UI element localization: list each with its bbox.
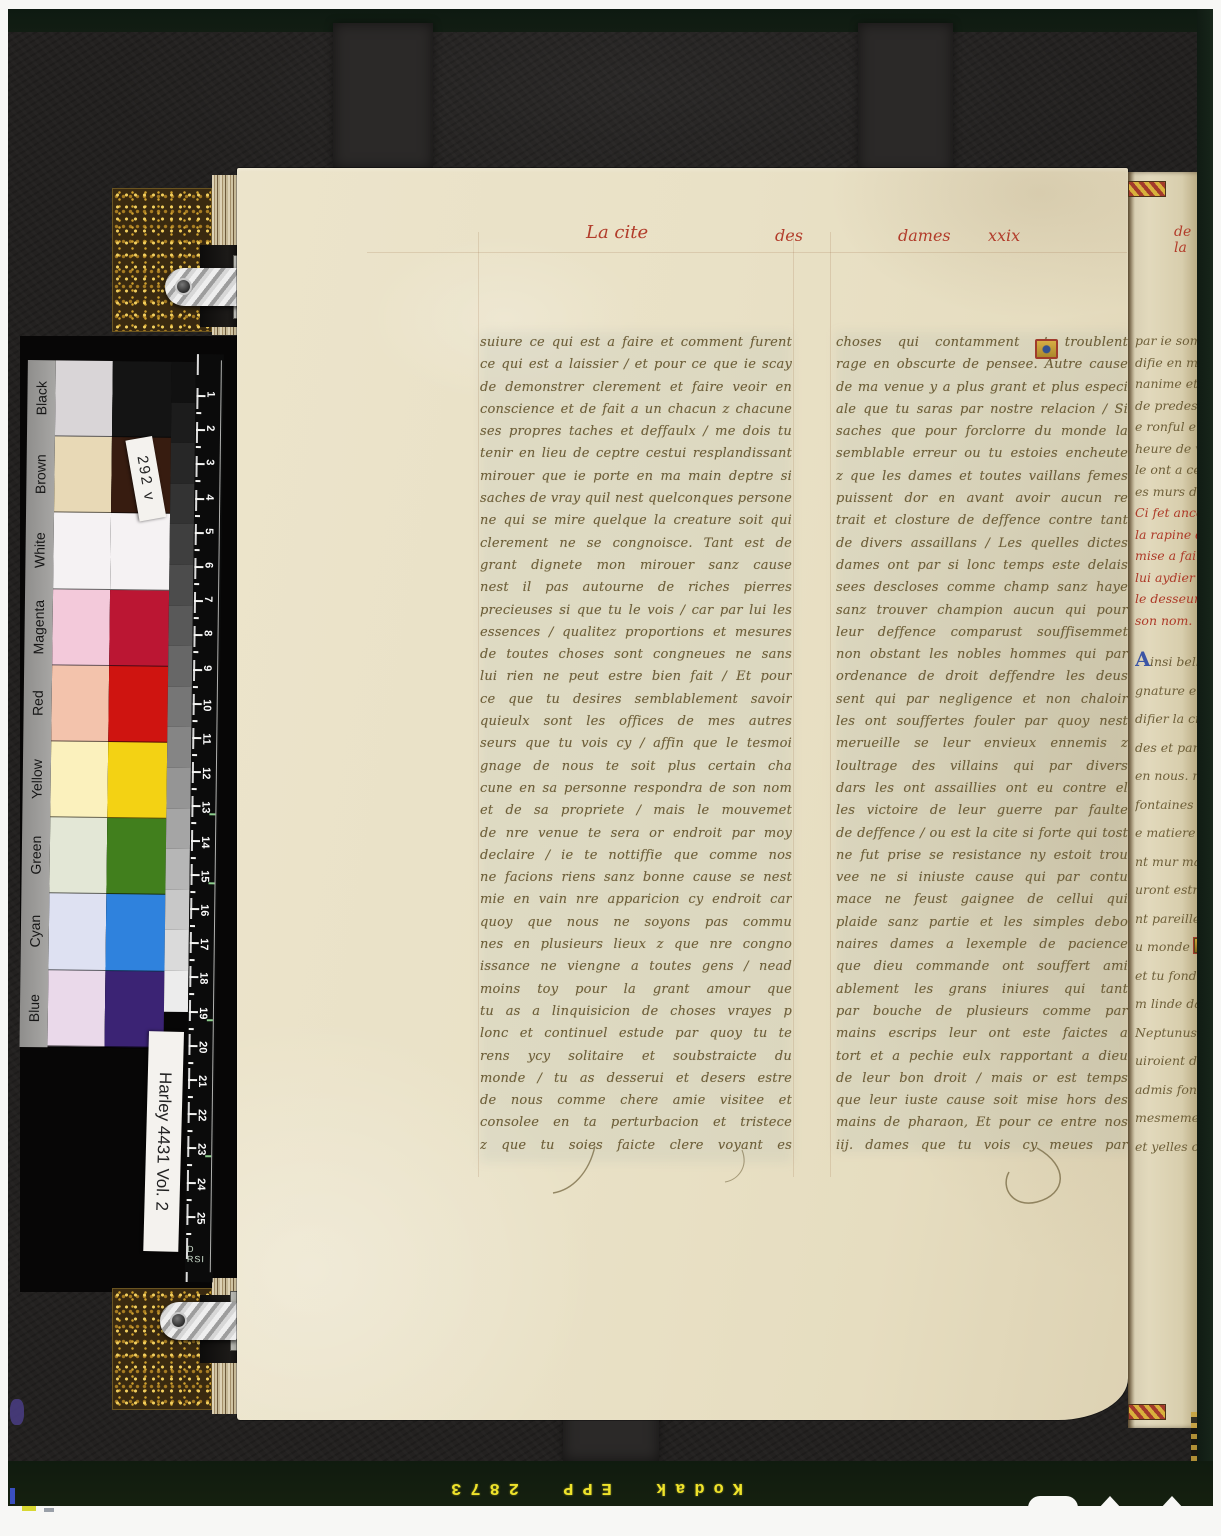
ruler-tick-green [205, 1156, 211, 1158]
colorbar-label-green: Green [21, 817, 50, 894]
ruler-number: 3 [204, 460, 216, 476]
color-patch-tint-yellow [50, 741, 108, 818]
color-patch-red [108, 666, 168, 743]
gray-step [168, 605, 192, 646]
gray-step [165, 889, 189, 930]
ruler-tick-minor [193, 651, 198, 653]
color-patch-tint-blue [48, 970, 106, 1047]
facing-text-line: difier la cite [1135, 705, 1203, 734]
facing-rubric-line: la rapine de la [1135, 524, 1203, 546]
facing-text-line: Ainsi belle et [1135, 648, 1203, 677]
gray-step [171, 402, 195, 443]
colorbar-label-blue: Blue [20, 970, 49, 1047]
ruler-footer-text: D RSI [187, 1244, 213, 1264]
ruler-tick-minor [191, 822, 196, 824]
mount-notch [1148, 1496, 1196, 1522]
facing-text-line: gnature en [1135, 677, 1203, 706]
gray-step [170, 484, 194, 525]
colorbar-label-text: Yellow [29, 759, 45, 799]
facing-rubric-line: lui aydier a [1135, 567, 1203, 589]
photo-area: BlackBrownWhiteMagentaRedYellowGreenCyan… [8, 9, 1213, 1506]
gray-step [169, 524, 193, 565]
colorbar-label-text: Red [30, 690, 46, 716]
colorbar-label-text: White [31, 533, 47, 569]
facing-text-line: des et parfai [1135, 734, 1203, 763]
facing-text-line: fontaines cl [1135, 791, 1203, 820]
ruler-number: 20 [196, 1041, 208, 1057]
facing-text-line: difie en mani [1135, 352, 1203, 374]
facing-text-line: u monde [1135, 933, 1203, 962]
frame-registration-mark [44, 1508, 54, 1512]
colorbar-label-text: Cyan [27, 915, 43, 948]
ruler-number: 8 [201, 631, 213, 647]
color-patch-tint-black [55, 360, 113, 437]
ruler-number: 21 [196, 1075, 208, 1091]
gray-step [166, 768, 190, 809]
ruler-number: 24 [195, 1178, 207, 1194]
facing-text-line: nt pareille et [1135, 905, 1203, 934]
colorbar-label-magenta: Magenta [24, 589, 53, 666]
ruler-number: 14 [199, 836, 211, 852]
gray-step [168, 646, 192, 687]
ruler-tick-minor [195, 515, 200, 517]
ruler-number: 2 [204, 425, 216, 441]
ruler-tick-minor [194, 583, 199, 585]
metal-clip-top [165, 268, 243, 306]
film-edge-top [8, 9, 1213, 32]
film-edge-right [1197, 9, 1213, 1506]
ruler-number: 17 [198, 938, 210, 954]
film-brand-text: Kodak EPP 2873 [373, 1467, 743, 1497]
gray-step [167, 686, 191, 727]
ruler-tick-minor [196, 446, 201, 448]
ruler-tick-minor [194, 617, 199, 619]
ruler-tick-minor [186, 1233, 191, 1235]
facing-text-line: mesmement d [1135, 1104, 1203, 1133]
facing-text-line: en nous. n [1135, 762, 1203, 791]
ruler-tick-minor [188, 1096, 193, 1098]
frame-registration-mark [10, 1488, 15, 1504]
color-patch-tint-white [53, 513, 111, 590]
ruler-tick-minor [192, 788, 197, 790]
ruler-number: 11 [200, 733, 212, 749]
book-strap-top-left [333, 23, 433, 169]
colorbar-tint-column [48, 360, 113, 1048]
metal-clip-bottom [160, 1302, 238, 1340]
colorbar-label-red: Red [23, 665, 52, 742]
ruler-tick-green [207, 1019, 213, 1021]
gray-step [170, 443, 194, 484]
colorbar-label-brown: Brown [26, 436, 55, 513]
ruler-tick-minor [195, 549, 200, 551]
mount-notch [1028, 1496, 1078, 1522]
color-patch-tint-magenta [52, 589, 110, 666]
colorbar-label-cyan: Cyan [20, 893, 49, 970]
ruler-tick-minor [187, 1164, 192, 1166]
facing-rubric-line: son nom. iiij. [1135, 610, 1203, 632]
colorbar-label-white: White [25, 512, 54, 589]
facing-text-line: par ie somme [1135, 330, 1203, 352]
facing-text-line: e ronful en la [1135, 416, 1203, 438]
gray-step [164, 971, 188, 1012]
facing-text-block-b: Ainsi belle etgnature endifier la citede… [1128, 648, 1203, 1161]
ruler-tick-minor [189, 993, 194, 995]
ruler-number: 18 [197, 973, 209, 989]
facing-rubric-line: mise a faire c [1135, 545, 1203, 567]
colorbar-label-text: Blue [26, 994, 42, 1022]
ruler-number: 25 [194, 1212, 206, 1228]
mount-notch [1086, 1496, 1134, 1522]
facing-text-line: e matiere pli [1135, 819, 1203, 848]
clip-rivet-icon [175, 278, 192, 295]
colorbar-label-text: Green [28, 836, 44, 875]
facing-page-edge: de la par ie sommedifie en maninanime et… [1128, 172, 1203, 1428]
ruler-tick-minor [192, 720, 197, 722]
facing-text-line: Neptunus qu [1135, 1019, 1203, 1048]
colorbar-label-text: Black [33, 381, 49, 415]
ruler-number: 1 [204, 391, 216, 407]
facing-text-line: nanime et b [1135, 373, 1203, 395]
ruler-tick-green [209, 882, 215, 884]
gray-step [165, 849, 189, 890]
ruler-tick-minor [191, 857, 196, 859]
facing-text-line: heure de venir [1135, 438, 1203, 460]
facing-text-line: et yelles cite [1135, 1133, 1203, 1162]
ruler-tick-green [209, 814, 215, 816]
ruler-number: 6 [202, 562, 214, 578]
ruler-tick-minor [193, 686, 198, 688]
colorbar-label-yellow: Yellow [22, 741, 51, 818]
film-edge-smudge [10, 1399, 24, 1425]
gray-step [167, 727, 191, 768]
facing-text-line: de predestinee [1135, 395, 1203, 417]
ruler-tick-minor [196, 412, 201, 414]
colorbar-label-black: Black [27, 360, 56, 437]
ruler-tick-minor [195, 480, 200, 482]
gray-step [169, 565, 193, 606]
facing-text-line: es murs de nre [1135, 481, 1203, 503]
color-patch-green [106, 818, 166, 895]
color-patch-tint-brown [54, 437, 112, 514]
blue-initial: A [1135, 648, 1150, 670]
ruler-tick-minor [190, 925, 195, 927]
ruler-tick-minor [187, 1130, 192, 1132]
facing-text-line: nt mur marbi [1135, 848, 1203, 877]
facing-rubric-block: Ci fet ancore ela rapine de lamise a fai… [1128, 502, 1203, 631]
facing-text-line: admis fonda t [1135, 1076, 1203, 1105]
ruler-number: 10 [201, 699, 213, 715]
gray-step [164, 930, 188, 971]
ruler-tick-minor [188, 1062, 193, 1064]
color-patch-tint-green [49, 817, 107, 894]
clip-rivet-icon [170, 1312, 187, 1329]
pen-flourishes [237, 168, 1128, 1420]
book-strap-top-right [858, 23, 953, 173]
frame-registration-mark [22, 1506, 36, 1511]
gray-step [171, 362, 195, 403]
facing-text-line: m linde dappe [1135, 990, 1203, 1019]
ruler-tick-minor [190, 891, 195, 893]
gray-step [166, 808, 190, 849]
ruler-number: 4 [203, 494, 215, 510]
ruler-number: 16 [198, 904, 210, 920]
facing-rubric-line: le desseur dem [1135, 588, 1203, 610]
facing-text-line: le ont a celles [1135, 459, 1203, 481]
ruler-number: 9 [201, 665, 213, 681]
facing-text-line: et tu fonda [1135, 962, 1203, 991]
color-patch-black [112, 361, 172, 438]
colorbar-label-text: Magenta [30, 600, 47, 655]
ruler-number: 7 [202, 596, 214, 612]
color-patch-tint-red [51, 665, 109, 742]
color-patch-cyan [105, 894, 165, 971]
ruler-tick-minor [192, 754, 197, 756]
facing-rubric-line: Ci fet ancore e [1135, 502, 1203, 524]
gilded-book-edge-top [112, 188, 212, 332]
color-patch-white [110, 513, 170, 590]
ruler-number: 22 [196, 1109, 208, 1125]
manuscript-page: La cite des dames xxix suiure ce qui est… [237, 168, 1128, 1420]
endband-bottom [1128, 1404, 1166, 1420]
ruler-number: 12 [200, 767, 212, 783]
ruler-tick-minor [189, 1028, 194, 1030]
color-patch-yellow [107, 742, 167, 819]
color-patch-magenta [109, 590, 169, 667]
facing-text-line: uront estre si [1135, 876, 1203, 905]
colorbar-label-text: Brown [32, 455, 48, 495]
facing-text-block-a: par ie sommedifie en maninanime et bde p… [1128, 330, 1203, 502]
ruler-number: 5 [203, 528, 215, 544]
facing-text-line: uiroient dieux [1135, 1047, 1203, 1076]
color-calibration-bar: BlackBrownWhiteMagentaRedYellowGreenCyan… [17, 352, 224, 1282]
color-patch-tint-cyan [48, 894, 106, 971]
shelfmark-sticker: Harley 4431 Vol. 2 [143, 1031, 184, 1252]
ruler-tick-minor [187, 1199, 192, 1201]
endband-top [1128, 181, 1166, 197]
photograph-frame: { "photo": { "film_brand_text": "Kodak E… [0, 0, 1221, 1536]
ruler-tick-minor [190, 959, 195, 961]
